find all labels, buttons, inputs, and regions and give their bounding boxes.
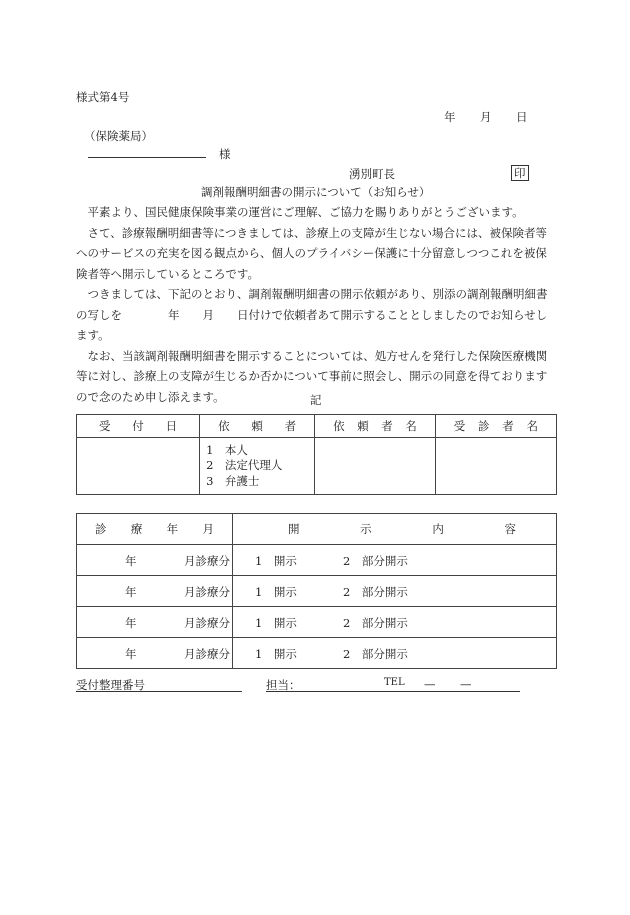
header-requester: 依頼者 — [200, 415, 315, 438]
option-full-disclosure[interactable]: 1 開示 — [255, 584, 297, 600]
body-text: 平素より、国民健康保険事業の運営にご理解、ご協力を賜りありがとうございます。 さ… — [76, 202, 556, 407]
table-row: 年 月診療分 1 開示 2 部分開示 — [77, 638, 557, 669]
sender: 湧別町長 — [349, 166, 395, 182]
requester-options-cell[interactable]: 1 本人 2 法定代理人 3 弁護士 — [200, 438, 315, 495]
requester-option-lawyer[interactable]: 3 弁護士 — [206, 474, 314, 490]
date-year: 年 — [444, 109, 456, 125]
seal-mark: 印 — [511, 165, 529, 181]
requester-option-self[interactable]: 1 本人 — [206, 443, 314, 459]
staff-label: 担当： — [266, 677, 301, 693]
option-partial-disclosure[interactable]: 2 部分開示 — [343, 646, 408, 662]
tel-dash-2: — — [460, 677, 472, 691]
reception-number-label: 受付整理番号 — [76, 678, 145, 692]
period-cell[interactable]: 年 月診療分 — [77, 545, 233, 576]
option-partial-disclosure[interactable]: 2 部分開示 — [343, 584, 408, 600]
table-row: 年 月診療分 1 開示 2 部分開示 — [77, 576, 557, 607]
table-row: 年 月診療分 1 開示 2 部分開示 — [77, 545, 557, 576]
request-table: 受付日 依頼者 依頼者名 受診者名 1 本人 2 法定代理人 3 弁護士 — [76, 414, 557, 495]
period-cell[interactable]: 年 月診療分 — [77, 576, 233, 607]
disclosure-table: 診療年月 開示内容 年 月診療分 1 開示 2 部分開示 年 月診療分 1 開示… — [76, 513, 557, 669]
header-reception-date: 受付日 — [77, 415, 200, 438]
recipient-name-line[interactable] — [88, 157, 206, 158]
table-row: 年 月診療分 1 開示 2 部分開示 — [77, 607, 557, 638]
header-requester-name: 依頼者名 — [315, 415, 436, 438]
paragraph-background: さて、診療報酬明細書等につきましては、診療上の支障が生じない場合には、被保険者等… — [76, 223, 556, 285]
reception-date-cell[interactable] — [77, 438, 200, 495]
period-cell[interactable]: 年 月診療分 — [77, 638, 233, 669]
staff-tel-field[interactable]: 担当： TEL — — — [266, 677, 520, 692]
header-disclosure-content: 開示内容 — [233, 514, 557, 545]
header-treatment-period: 診療年月 — [77, 514, 233, 545]
header-patient-name: 受診者名 — [435, 415, 556, 438]
reception-number-field[interactable]: 受付整理番号 — [76, 677, 242, 692]
option-partial-disclosure[interactable]: 2 部分開示 — [343, 553, 408, 569]
form-number: 様式第4号 — [76, 89, 129, 105]
disclosure-options-cell: 1 開示 2 部分開示 — [233, 638, 557, 669]
disclosure-options-cell: 1 開示 2 部分開示 — [233, 576, 557, 607]
ki-heading: 記 — [310, 392, 322, 408]
disclosure-options-cell: 1 開示 2 部分開示 — [233, 607, 557, 638]
document-title: 調剤報酬明細書の開示について（お知らせ） — [201, 184, 430, 200]
option-partial-disclosure[interactable]: 2 部分開示 — [343, 615, 408, 631]
recipient-suffix: 様 — [219, 146, 231, 162]
date-month: 月 — [480, 109, 492, 125]
tel-label: TEL — [384, 677, 405, 688]
date-day: 日 — [516, 109, 528, 125]
requester-option-legal-rep[interactable]: 2 法定代理人 — [206, 458, 314, 474]
paragraph-notice: つきましては、下記のとおり、調剤報酬明細書の開示依頼があり、別添の調剤報酬明細書… — [76, 284, 556, 346]
option-full-disclosure[interactable]: 1 開示 — [255, 615, 297, 631]
period-cell[interactable]: 年 月診療分 — [77, 607, 233, 638]
disclosure-options-cell: 1 開示 2 部分開示 — [233, 545, 557, 576]
requester-name-cell[interactable] — [315, 438, 436, 495]
option-full-disclosure[interactable]: 1 開示 — [255, 646, 297, 662]
tel-dash-1: — — [424, 677, 436, 691]
recipient-label: （保険薬局） — [84, 128, 153, 144]
paragraph-greeting: 平素より、国民健康保険事業の運営にご理解、ご協力を賜りありがとうございます。 — [76, 202, 556, 223]
option-full-disclosure[interactable]: 1 開示 — [255, 553, 297, 569]
patient-name-cell[interactable] — [435, 438, 556, 495]
